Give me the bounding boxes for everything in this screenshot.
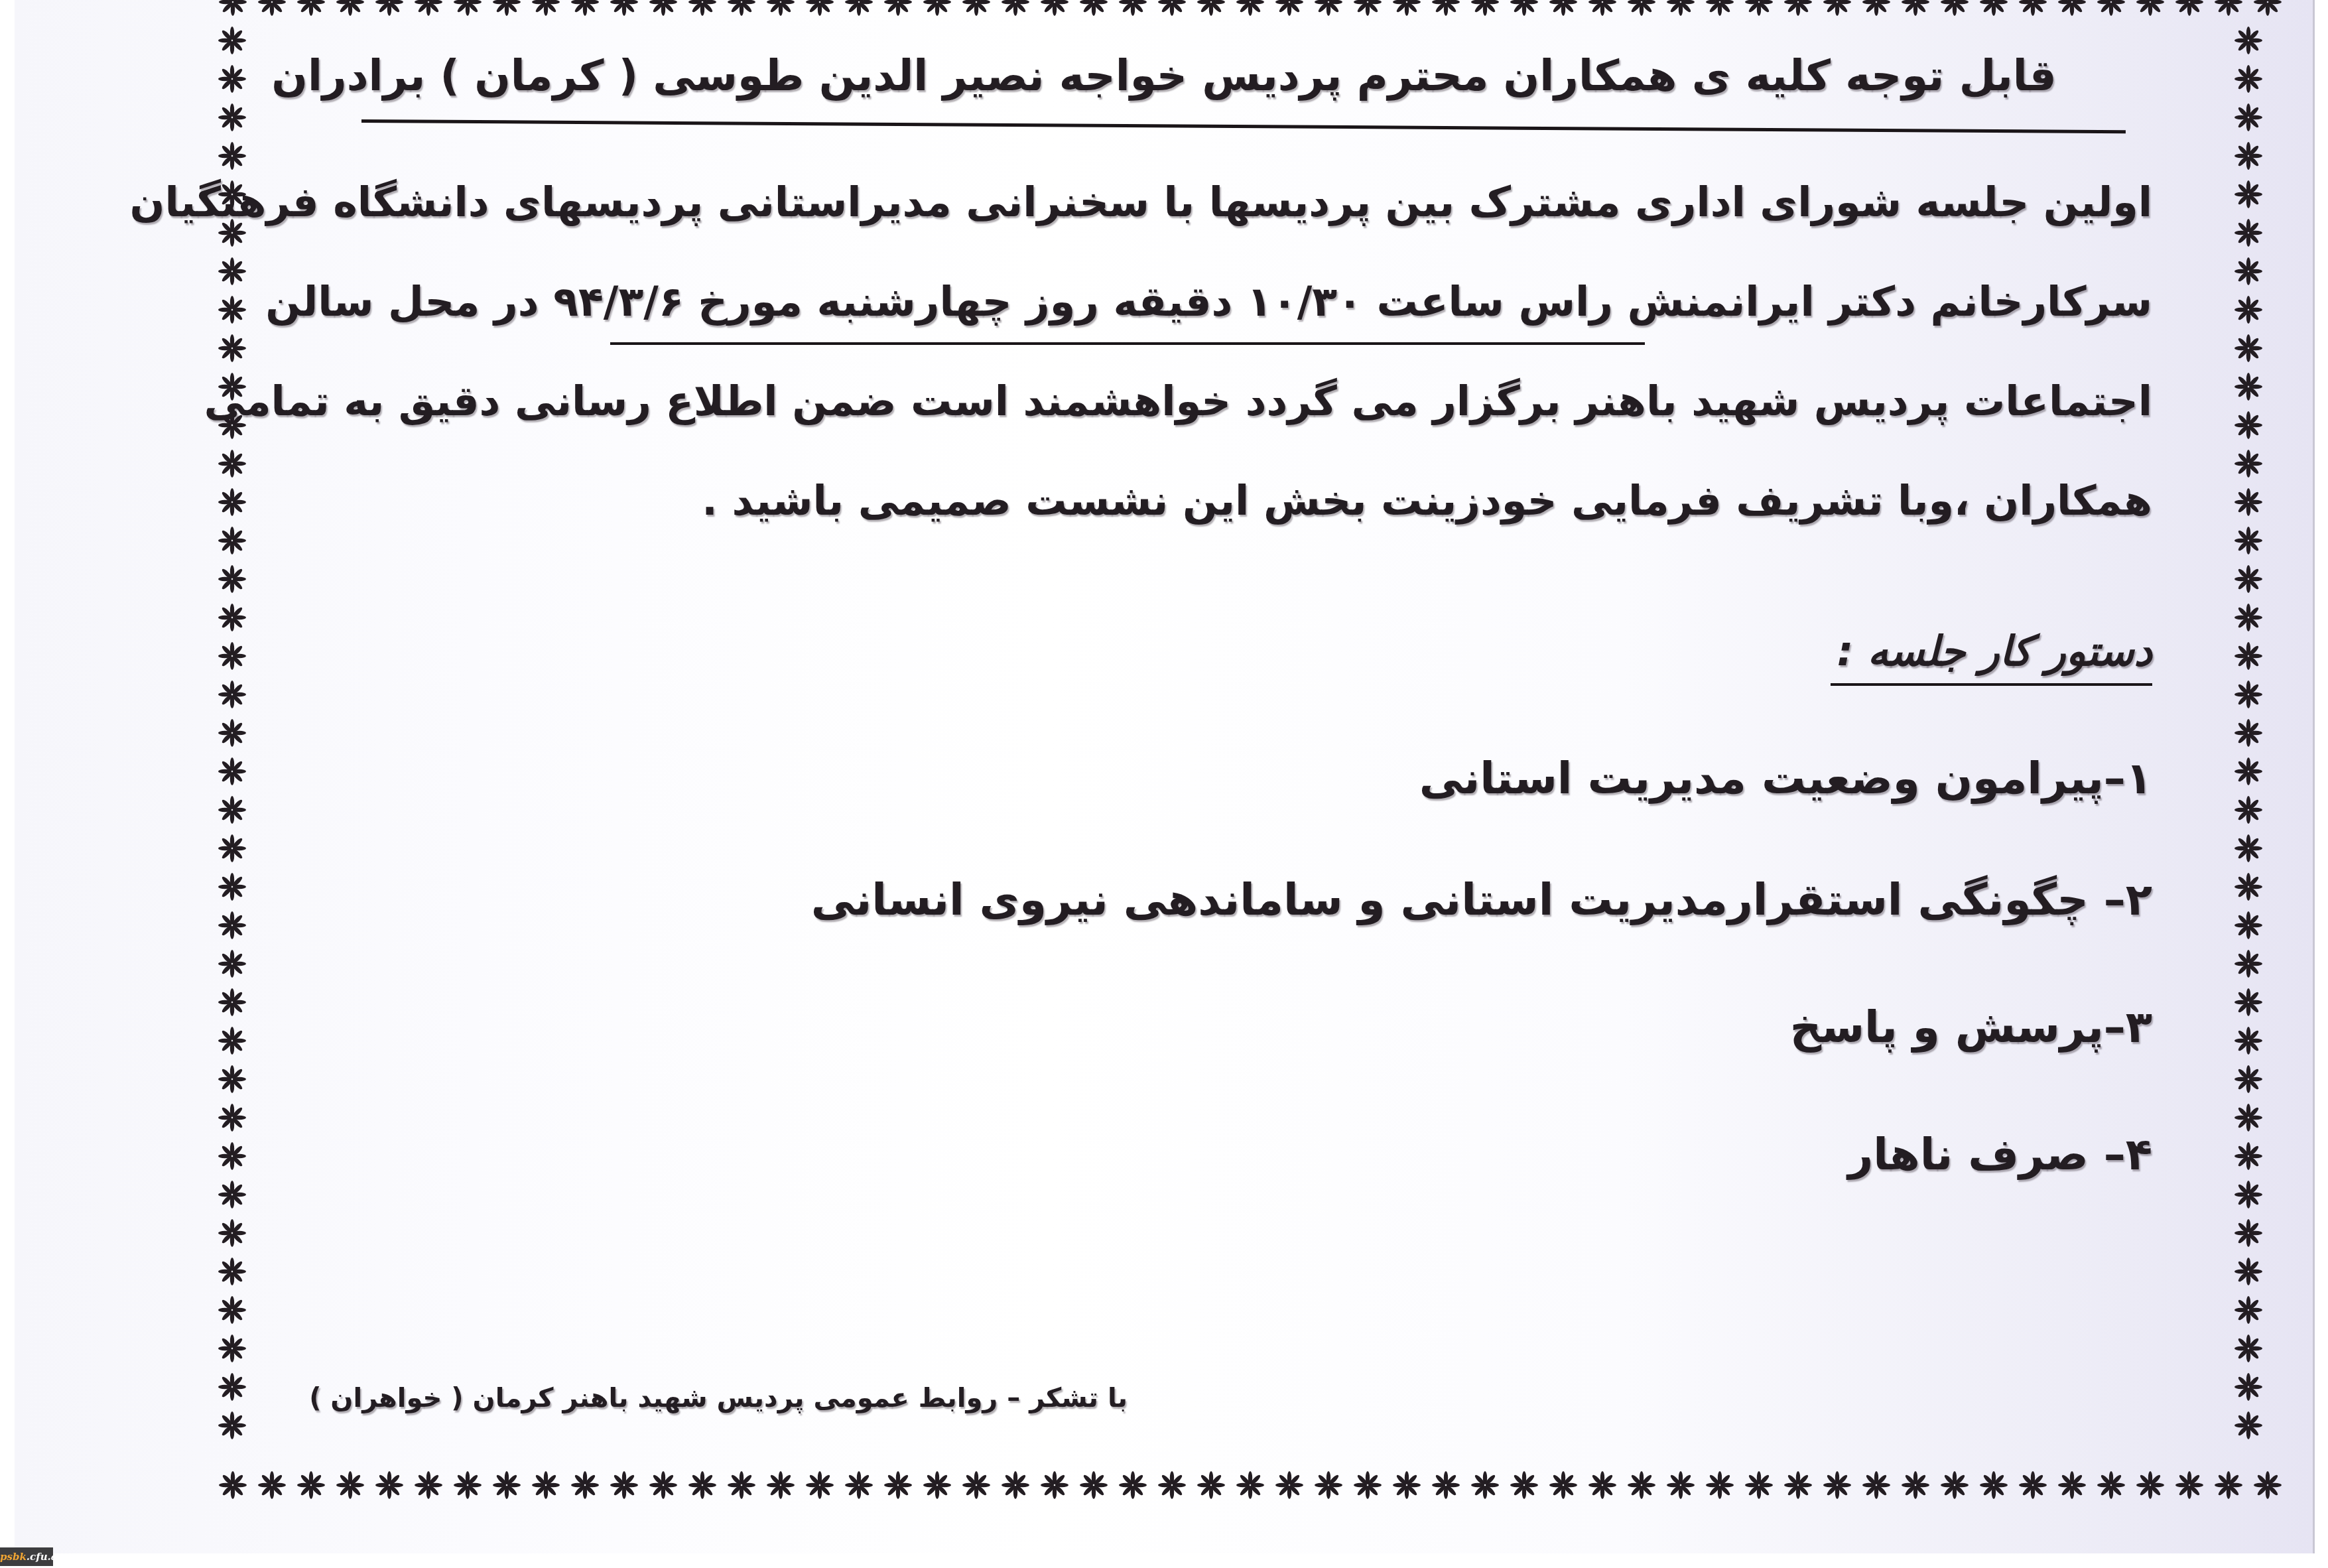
eight-petal-star-icon (1980, 1471, 2008, 1499)
agenda-item-2: ۲– چگونگی استقرارمدیریت استانی و سامانده… (811, 874, 2152, 925)
eight-petal-star-icon (218, 834, 246, 862)
eight-petal-star-icon (806, 1471, 834, 1499)
eight-petal-star-icon (454, 0, 482, 16)
eight-petal-star-icon (2234, 142, 2262, 170)
eight-petal-star-icon (2019, 0, 2047, 16)
eight-petal-star-icon (2234, 1219, 2262, 1247)
eight-petal-star-icon (767, 0, 795, 16)
eight-petal-star-icon (2234, 988, 2262, 1016)
eight-petal-star-icon (336, 1471, 364, 1499)
eight-petal-star-icon (845, 1471, 873, 1499)
eight-petal-star-icon (218, 642, 246, 670)
eight-petal-star-icon (1823, 1471, 1851, 1499)
eight-petal-star-icon (2234, 604, 2262, 631)
eight-petal-star-icon (1041, 0, 1068, 16)
eight-petal-star-icon (571, 1471, 599, 1499)
body-line-2: سرکارخانم دکتر ایرانمنش راس ساعت ۱۰/۳۰ د… (265, 277, 2152, 326)
eight-petal-star-icon (962, 0, 990, 16)
border-right (2234, 27, 2262, 1439)
eight-petal-star-icon (1628, 1471, 1655, 1499)
eight-petal-star-icon (218, 796, 246, 824)
agenda-item-4: ۴– صرف ناهار (1848, 1129, 2152, 1180)
eight-petal-star-icon (218, 488, 246, 516)
eight-petal-star-icon (1902, 1471, 1929, 1499)
eight-petal-star-icon (258, 0, 286, 16)
eight-petal-star-icon (2234, 565, 2262, 593)
eight-petal-star-icon (649, 0, 677, 16)
eight-petal-star-icon (1784, 1471, 1812, 1499)
eight-petal-star-icon (218, 1411, 246, 1439)
body-line-1: اولین جلسه شورای اداری مشترک بین پردیسها… (130, 178, 2152, 226)
eight-petal-star-icon (218, 1258, 246, 1285)
eight-petal-star-icon (375, 1471, 403, 1499)
eight-petal-star-icon (218, 257, 246, 285)
eight-petal-star-icon (1002, 1471, 1029, 1499)
eight-petal-star-icon (297, 1471, 325, 1499)
eight-petal-star-icon (218, 296, 246, 324)
eight-petal-star-icon (1980, 0, 2008, 16)
eight-petal-star-icon (2234, 334, 2262, 362)
eight-petal-star-icon (218, 681, 246, 708)
eight-petal-star-icon (1354, 0, 1382, 16)
eight-petal-star-icon (2234, 1373, 2262, 1401)
eight-petal-star-icon (2234, 911, 2262, 939)
eight-petal-star-icon (1510, 0, 1538, 16)
eight-petal-star-icon (2234, 642, 2262, 670)
eight-petal-star-icon (218, 988, 246, 1016)
eight-petal-star-icon (1432, 0, 1460, 16)
eight-petal-star-icon (2234, 1142, 2262, 1170)
eight-petal-star-icon (923, 0, 951, 16)
eight-petal-star-icon (2234, 834, 2262, 862)
eight-petal-star-icon (2234, 411, 2262, 439)
eight-petal-star-icon (2097, 0, 2125, 16)
eight-petal-star-icon (454, 1471, 482, 1499)
eight-petal-star-icon (1080, 0, 1108, 16)
eight-petal-star-icon (336, 0, 364, 16)
eight-petal-star-icon (923, 1471, 951, 1499)
agenda-item-3: ۳–پرسش و پاسخ (1790, 1002, 2152, 1053)
body-line-4: همکاران ،وبا تشریف فرمایی خودزینت بخش ای… (702, 476, 2152, 525)
eight-petal-star-icon (2215, 1471, 2242, 1499)
eight-petal-star-icon (2136, 1471, 2164, 1499)
eight-petal-star-icon (2058, 1471, 2086, 1499)
eight-petal-star-icon (1236, 0, 1264, 16)
eight-petal-star-icon (415, 0, 442, 16)
eight-petal-star-icon (2254, 1471, 2282, 1499)
eight-petal-star-icon (1315, 0, 1342, 16)
eight-petal-star-icon (1941, 0, 1969, 16)
eight-petal-star-icon (218, 1065, 246, 1093)
eight-petal-star-icon (415, 1471, 442, 1499)
eight-petal-star-icon (2234, 796, 2262, 824)
eight-petal-star-icon (1745, 0, 1773, 16)
eight-petal-star-icon (2234, 1258, 2262, 1285)
eight-petal-star-icon (1315, 1471, 1342, 1499)
eight-petal-star-icon (1706, 1471, 1734, 1499)
eight-petal-star-icon (1471, 1471, 1499, 1499)
eight-petal-star-icon (2234, 27, 2262, 54)
eight-petal-star-icon (610, 0, 638, 16)
eight-petal-star-icon (884, 1471, 912, 1499)
eight-petal-star-icon (218, 604, 246, 631)
agenda-heading-underline (1831, 683, 2152, 686)
eight-petal-star-icon (532, 1471, 560, 1499)
agenda-item-1: ۱–پیرامون وضعیت مدیریت استانی (1419, 753, 2152, 804)
eight-petal-star-icon (2097, 1471, 2125, 1499)
eight-petal-star-icon (2234, 180, 2262, 208)
eight-petal-star-icon (2234, 527, 2262, 555)
eight-petal-star-icon (218, 873, 246, 901)
eight-petal-star-icon (1236, 1471, 1264, 1499)
eight-petal-star-icon (2234, 1065, 2262, 1093)
eight-petal-star-icon (1158, 0, 1186, 16)
body-line-3: اجتماعات پردیس شهید باهنر برگزار می گردد… (204, 377, 2153, 425)
agenda-heading: دستور کار جلسه : (1837, 627, 2152, 675)
border-top (219, 0, 2282, 16)
eight-petal-star-icon (1667, 1471, 1695, 1499)
watermark-host: .cfu.ac.ir (27, 1551, 53, 1563)
eight-petal-star-icon (962, 1471, 990, 1499)
eight-petal-star-icon (2234, 1296, 2262, 1324)
eight-petal-star-icon (218, 1296, 246, 1324)
eight-petal-star-icon (728, 1471, 755, 1499)
eight-petal-star-icon (1941, 1471, 1969, 1499)
eight-petal-star-icon (571, 0, 599, 16)
eight-petal-star-icon (1510, 1471, 1538, 1499)
eight-petal-star-icon (493, 0, 521, 16)
eight-petal-star-icon (1549, 0, 1577, 16)
eight-petal-star-icon (2175, 0, 2203, 16)
eight-petal-star-icon (884, 0, 912, 16)
eight-petal-star-icon (1706, 0, 1734, 16)
eight-petal-star-icon (297, 0, 325, 16)
eight-petal-star-icon (1393, 0, 1421, 16)
eight-petal-star-icon (1902, 0, 1929, 16)
eight-petal-star-icon (218, 757, 246, 785)
eight-petal-star-icon (218, 1104, 246, 1132)
eight-petal-star-icon (218, 334, 246, 362)
eight-petal-star-icon (1119, 1471, 1147, 1499)
eight-petal-star-icon (218, 142, 246, 170)
eight-petal-star-icon (1197, 0, 1225, 16)
eight-petal-star-icon (806, 0, 834, 16)
eight-petal-star-icon (1471, 0, 1499, 16)
eight-petal-star-icon (610, 1471, 638, 1499)
eight-petal-star-icon (2234, 373, 2262, 401)
eight-petal-star-icon (218, 565, 246, 593)
eight-petal-star-icon (1667, 0, 1695, 16)
eight-petal-star-icon (1862, 0, 1890, 16)
eight-petal-star-icon (2234, 873, 2262, 901)
eight-petal-star-icon (845, 0, 873, 16)
eight-petal-star-icon (2136, 0, 2164, 16)
eight-petal-star-icon (218, 1335, 246, 1362)
eight-petal-star-icon (1745, 1471, 1773, 1499)
eight-petal-star-icon (1119, 0, 1147, 16)
eight-petal-star-icon (493, 1471, 521, 1499)
eight-petal-star-icon (2234, 450, 2262, 478)
eight-petal-star-icon (1862, 1471, 1890, 1499)
eight-petal-star-icon (218, 719, 246, 747)
eight-petal-star-icon (218, 1373, 246, 1401)
eight-petal-star-icon (767, 1471, 795, 1499)
eight-petal-star-icon (2234, 1181, 2262, 1209)
eight-petal-star-icon (1432, 1471, 1460, 1499)
eight-petal-star-icon (218, 527, 246, 555)
eight-petal-star-icon (2234, 1027, 2262, 1055)
eight-petal-star-icon (218, 911, 246, 939)
eight-petal-star-icon (2234, 681, 2262, 708)
eight-petal-star-icon (2234, 257, 2262, 285)
eight-petal-star-icon (2234, 488, 2262, 516)
eight-petal-star-icon (1784, 0, 1812, 16)
eight-petal-star-icon (219, 1471, 247, 1499)
eight-petal-star-icon (1002, 0, 1029, 16)
eight-petal-star-icon (218, 950, 246, 978)
eight-petal-star-icon (218, 1219, 246, 1247)
eight-petal-star-icon (2215, 0, 2242, 16)
eight-petal-star-icon (2234, 219, 2262, 247)
border-left (218, 27, 246, 1439)
eight-petal-star-icon (1823, 0, 1851, 16)
eight-petal-star-icon (2234, 103, 2262, 131)
eight-petal-star-icon (2254, 0, 2282, 16)
eight-petal-star-icon (218, 103, 246, 131)
eight-petal-star-icon (2234, 1335, 2262, 1362)
eight-petal-star-icon (1080, 1471, 1108, 1499)
eight-petal-star-icon (1197, 1471, 1225, 1499)
eight-petal-star-icon (1628, 0, 1655, 16)
eight-petal-star-icon (1354, 1471, 1382, 1499)
eight-petal-star-icon (1158, 1471, 1186, 1499)
eight-petal-star-icon (2234, 950, 2262, 978)
eight-petal-star-icon (649, 1471, 677, 1499)
eight-petal-star-icon (258, 1471, 286, 1499)
eight-petal-star-icon (1588, 1471, 1616, 1499)
site-watermark: psbk.cfu.ac.ir (0, 1547, 53, 1566)
eight-petal-star-icon (2234, 1104, 2262, 1132)
date-time-underline (610, 342, 1645, 345)
eight-petal-star-icon (2234, 296, 2262, 324)
signature-line: با تشکر – روابط عمومی پردیس شهید باهنر ک… (309, 1383, 1128, 1413)
eight-petal-star-icon (532, 0, 560, 16)
eight-petal-star-icon (1393, 1471, 1421, 1499)
eight-petal-star-icon (218, 27, 246, 54)
eight-petal-star-icon (1549, 1471, 1577, 1499)
eight-petal-star-icon (1275, 0, 1303, 16)
notice-title: قابل توجه کلیه ی همکاران محترم پردیس خوا… (0, 52, 2328, 101)
eight-petal-star-icon (688, 1471, 716, 1499)
eight-petal-star-icon (2234, 719, 2262, 747)
watermark-prefix: psbk (0, 1551, 27, 1563)
eight-petal-star-icon (2175, 1471, 2203, 1499)
eight-petal-star-icon (2234, 757, 2262, 785)
eight-petal-star-icon (218, 1142, 246, 1170)
border-bottom (219, 1471, 2282, 1499)
eight-petal-star-icon (728, 0, 755, 16)
eight-petal-star-icon (1588, 0, 1616, 16)
eight-petal-star-icon (688, 0, 716, 16)
eight-petal-star-icon (2234, 1411, 2262, 1439)
eight-petal-star-icon (1041, 1471, 1068, 1499)
eight-petal-star-icon (219, 0, 247, 16)
eight-petal-star-icon (375, 0, 403, 16)
eight-petal-star-icon (1275, 1471, 1303, 1499)
eight-petal-star-icon (218, 1181, 246, 1209)
eight-petal-star-icon (2019, 1471, 2047, 1499)
eight-petal-star-icon (2058, 0, 2086, 16)
eight-petal-star-icon (218, 1027, 246, 1055)
eight-petal-star-icon (218, 450, 246, 478)
